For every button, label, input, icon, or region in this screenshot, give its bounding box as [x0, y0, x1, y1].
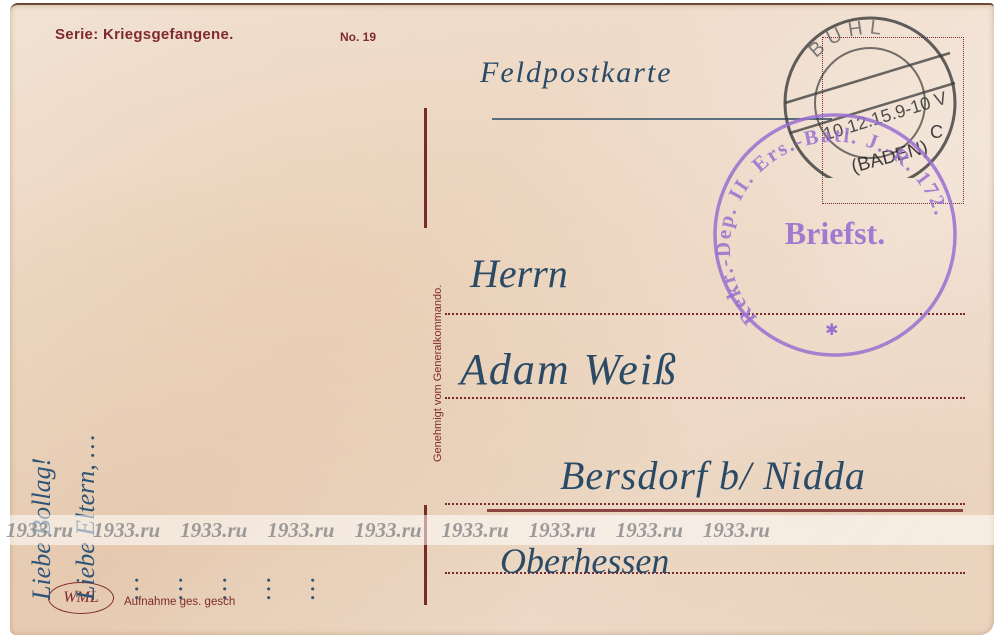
watermark-text: 1933.ru [354, 518, 421, 543]
military-stamp-center-text: Briefst. [785, 215, 885, 251]
watermark-text: 1933.ru [529, 518, 596, 543]
watermark-text: 1933.ru [6, 518, 73, 543]
series-number: No. 19 [340, 30, 376, 44]
handwritten-salutation: Herrn [470, 250, 568, 297]
handwritten-region: Oberhessen [500, 540, 669, 582]
address-line-3 [445, 503, 965, 505]
series-title: Serie: Kriegsgefangene. [55, 26, 234, 43]
address-line-2 [445, 397, 965, 399]
handwritten-card-heading: Feldpostkarte [480, 56, 673, 90]
watermark-text: 1933.ru [442, 518, 509, 543]
postmark-town: BÜHL [805, 16, 889, 62]
watermark-text: 1933.ru [180, 518, 247, 543]
handwritten-recipient-name: Adam Weiß [460, 344, 678, 395]
svg-text:BÜHL: BÜHL [805, 16, 889, 62]
address-line-3-underline [487, 509, 963, 512]
watermark-band: 1933.ru1933.ru1933.ru1933.ru1933.ru1933.… [0, 515, 1000, 545]
watermark-text: 1933.ru [616, 518, 683, 543]
watermark-text: 1933.ru [93, 518, 160, 543]
approval-text: Genehmigt vom Generalkommando. [432, 202, 444, 462]
military-stamp: Rekr.-Dep. II. Ers.-Batl. J.-R. 172. Bri… [710, 110, 960, 360]
stamp-star-icon: ✱ [825, 322, 838, 339]
watermark-text: 1933.ru [703, 518, 770, 543]
center-divider-top [424, 108, 427, 228]
handwritten-place: Bersdorf b/ Nidda [560, 452, 866, 499]
watermark-text: 1933.ru [267, 518, 334, 543]
